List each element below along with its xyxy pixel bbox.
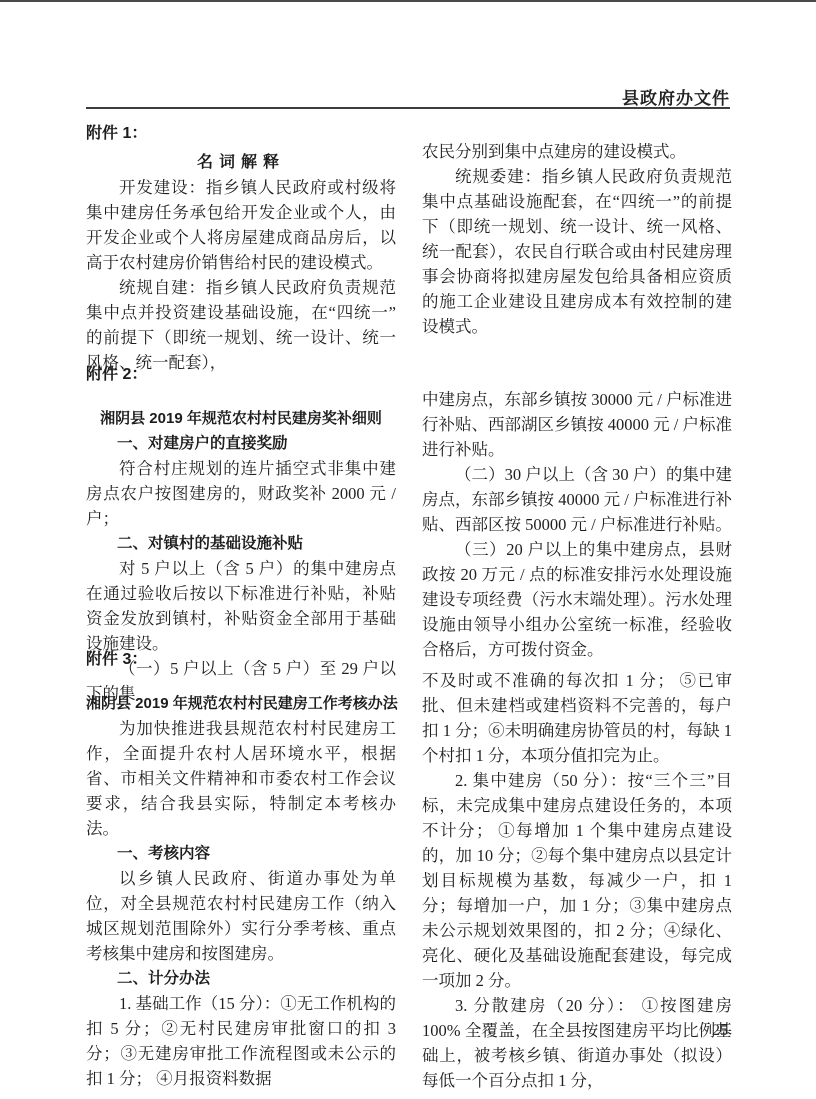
attachment-3-heading-2: 二、计分办法 <box>86 966 396 991</box>
header-rule <box>86 107 730 109</box>
attachment-3-heading-1: 一、考核内容 <box>86 841 396 866</box>
attachment-1-left-paragraph-1: 开发建设：指乡镇人民政府或村级将集中建房任务承包给开发企业或个人，由开发企业或个… <box>86 175 396 275</box>
attachment-3-left-paragraph-3: 1. 基础工作（15 分）：①无工作机构的扣 5 分；②无村民建房审批窗口的扣 … <box>86 991 396 1091</box>
attachment-2-right-paragraph-2: （二）30 户以上（含 30 户）的集中建房点，东部乡镇按 40000 元 / … <box>422 462 732 537</box>
attachment-1-section: 附件 1： 名词解释 开发建设：指乡镇人民政府或村级将集中建房任务承包给开发企业… <box>86 124 732 375</box>
attachment-3-right-paragraph-2: 2. 集中建房（50 分）：按“三个三”目标，未完成集中建房点建设任务的，本项不… <box>422 768 732 993</box>
page-number: 25 <box>712 1022 728 1040</box>
attachment-2-label: 附件 2： <box>86 365 396 385</box>
attachment-3-left-column: 附件 3： 湘阴县 2019 年规范农村村民建房工作考核办法 为加快推进我县规范… <box>86 650 396 1093</box>
attachment-2-heading-2: 二、对镇村的基础设施补贴 <box>86 531 396 556</box>
attachment-3-right-paragraph-3: 3. 分散建房（20 分）： ①按图建房 100% 全覆盖，在全县按图建房平均比… <box>422 993 732 1093</box>
attachment-2-right-paragraph-1: 中建房点，东部乡镇按 30000 元 / 户标准进行补贴、西部湖区乡镇按 400… <box>422 387 732 462</box>
attachment-2-heading-1: 一、对建房户的直接奖励 <box>86 431 396 456</box>
attachment-1-left-column: 附件 1： 名词解释 开发建设：指乡镇人民政府或村级将集中建房任务承包给开发企业… <box>86 124 396 375</box>
attachment-1-title: 名词解释 <box>86 150 396 175</box>
attachment-1-label: 附件 1： <box>86 124 396 144</box>
attachment-1-right-paragraph-1: 农民分别到集中点建房的建设模式。 <box>422 139 732 164</box>
attachment-3-label: 附件 3： <box>86 650 396 670</box>
attachment-1-right-column: 农民分别到集中点建房的建设模式。 统规委建：指乡镇人民政府负责规范集中点基础设施… <box>422 124 732 375</box>
attachment-3-right-column: 不及时或不准确的每次扣 1 分； ⑤已审批、但未建档或建档资料不完善的，每户扣 … <box>422 650 732 1093</box>
header-title: 县政府办文件 <box>622 84 730 109</box>
attachment-2-left-paragraph-2: 对 5 户以上（含 5 户）的集中建房点在通过验收后按以下标准进行补贴，补贴资金… <box>86 556 396 656</box>
attachment-1-right-paragraph-2: 统规委建：指乡镇人民政府负责规范集中点基础设施配套，在“四统一”的前提下（即统一… <box>422 164 732 339</box>
attachment-3-right-paragraph-1: 不及时或不准确的每次扣 1 分； ⑤已审批、但未建档或建档资料不完善的，每户扣 … <box>422 668 732 768</box>
attachment-3-left-paragraph-1: 为加快推进我县规范农村村民建房工作，全面提升农村人居环境水平，根据省、市相关文件… <box>86 716 396 841</box>
attachment-2-title: 湘阴县 2019 年规范农村村民建房奖补细则 <box>86 406 396 431</box>
attachment-3-section: 附件 3： 湘阴县 2019 年规范农村村民建房工作考核办法 为加快推进我县规范… <box>86 650 732 1093</box>
attachment-1-left-paragraph-2: 统规自建：指乡镇人民政府负责规范集中点并投资建设基础设施，在“四统一”的前提下（… <box>86 275 396 375</box>
attachment-3-left-paragraph-2: 以乡镇人民政府、街道办事处为单位，对全县规范农村村民建房工作（纳入城区规划范围除… <box>86 866 396 966</box>
attachment-3-title: 湘阴县 2019 年规范农村村民建房工作考核办法 <box>86 691 396 716</box>
attachment-2-right-paragraph-3: （三）20 户以上的集中建房点，县财政按 20 万元 / 点的标准安排污水处理设… <box>422 537 732 662</box>
document-page: 县政府办文件 附件 1： 名词解释 开发建设：指乡镇人民政府或村级将集中建房任务… <box>0 0 816 1099</box>
attachment-2-left-paragraph-1: 符合村庄规划的连片插空式非集中建房点农户按图建房的，财政奖补 2000 元 / … <box>86 456 396 531</box>
